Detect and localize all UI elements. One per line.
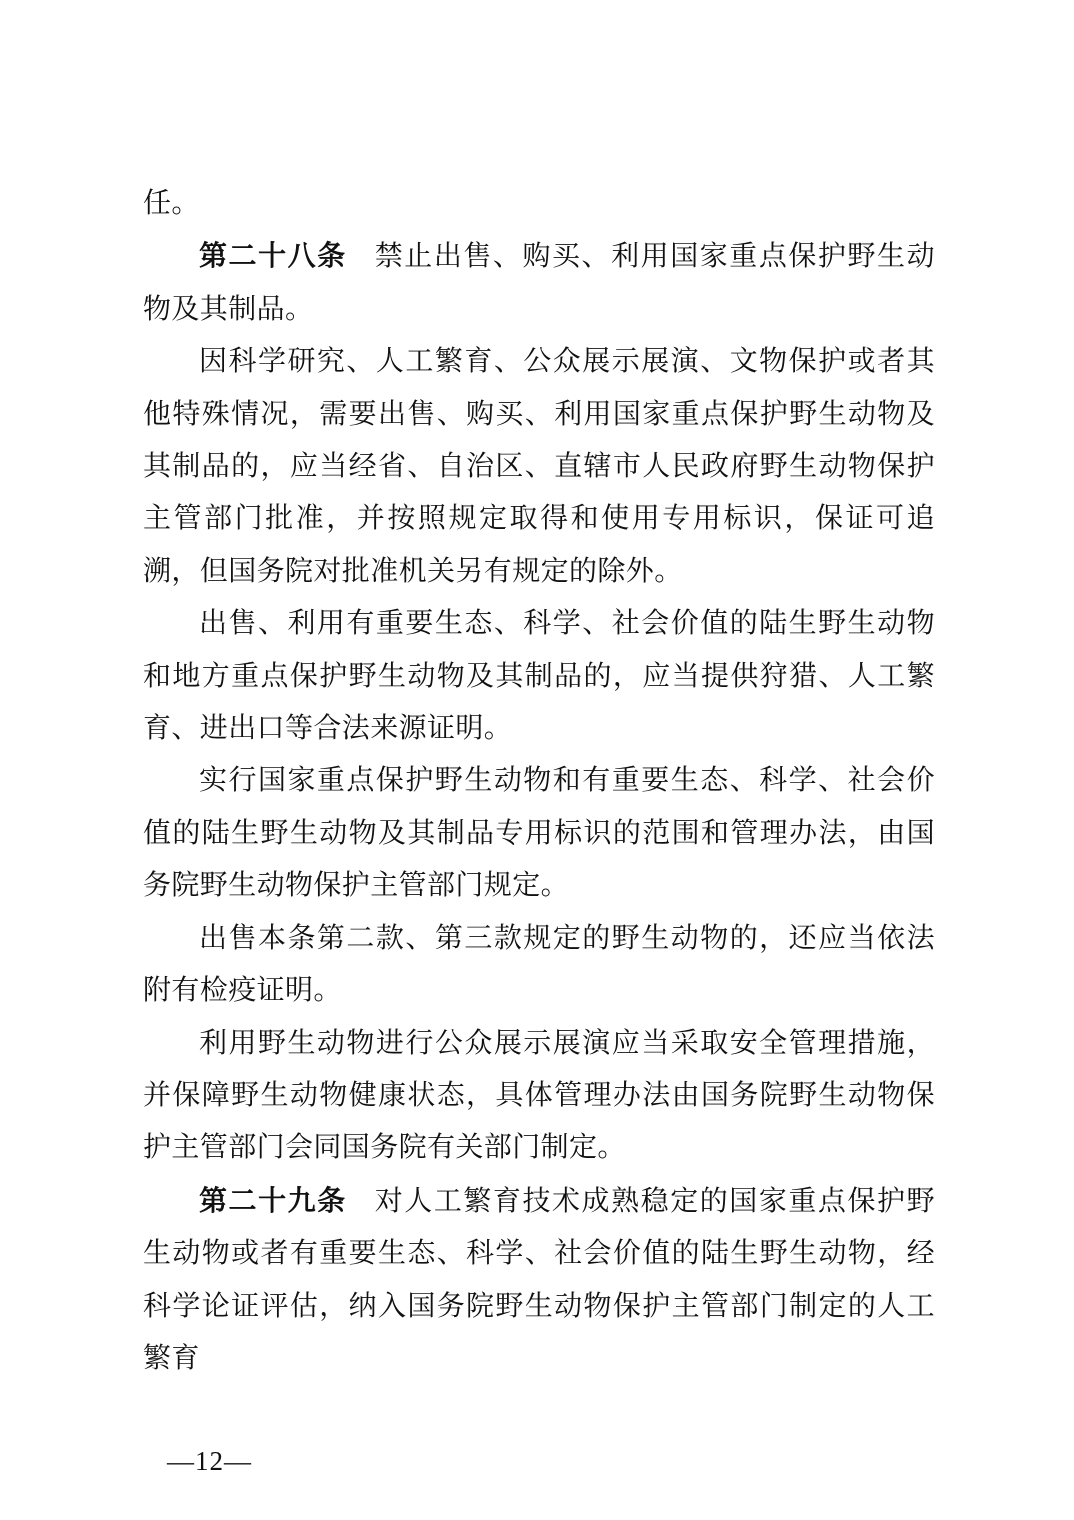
article-28-clause-6-text: 利用野生动物进行公众展示展演应当采取安全管理措施，并保障野生动物健康状态，具体管…	[143, 1028, 935, 1164]
paragraph-article-28-clause-6: 利用野生动物进行公众展示展演应当采取安全管理措施，并保障野生动物健康状态，具体管…	[143, 1018, 935, 1175]
article-28-clause-2-text: 因科学研究、人工繁育、公众展示展演、文物保护或者其他特殊情况，需要出售、购买、利…	[143, 346, 935, 587]
article-29-heading: 第二十九条	[199, 1185, 347, 1216]
paragraph-continuation: 任。	[143, 178, 935, 230]
article-28-clause-3-text: 出售、利用有重要生态、科学、社会价值的陆生野生动物和地方重点保护野生动物及其制品…	[143, 608, 935, 744]
document-page: 任。 第二十八条禁止出售、购买、利用国家重点保护野生动物及其制品。 因科学研究、…	[0, 0, 1074, 1520]
document-body: 任。 第二十八条禁止出售、购买、利用国家重点保护野生动物及其制品。 因科学研究、…	[143, 178, 935, 1385]
paragraph-continuation-text: 任。	[143, 188, 200, 219]
paragraph-article-28: 第二十八条禁止出售、购买、利用国家重点保护野生动物及其制品。	[143, 230, 935, 336]
paragraph-article-28-clause-3: 出售、利用有重要生态、科学、社会价值的陆生野生动物和地方重点保护野生动物及其制品…	[143, 598, 935, 755]
page-number: —12—	[167, 1446, 252, 1477]
article-28-heading: 第二十八条	[199, 240, 347, 271]
paragraph-article-28-clause-5: 出售本条第二款、第三款规定的野生动物的，还应当依法附有检疫证明。	[143, 913, 935, 1018]
article-28-clause-4-text: 实行国家重点保护野生动物和有重要生态、科学、社会价值的陆生野生动物及其制品专用标…	[143, 765, 935, 901]
paragraph-article-28-clause-4: 实行国家重点保护野生动物和有重要生态、科学、社会价值的陆生野生动物及其制品专用标…	[143, 755, 935, 912]
paragraph-article-28-clause-2: 因科学研究、人工繁育、公众展示展演、文物保护或者其他特殊情况，需要出售、购买、利…	[143, 336, 935, 598]
paragraph-article-29: 第二十九条对人工繁育技术成熟稳定的国家重点保护野生动物或者有重要生态、科学、社会…	[143, 1175, 935, 1386]
article-28-clause-5-text: 出售本条第二款、第三款规定的野生动物的，还应当依法附有检疫证明。	[143, 923, 935, 1006]
